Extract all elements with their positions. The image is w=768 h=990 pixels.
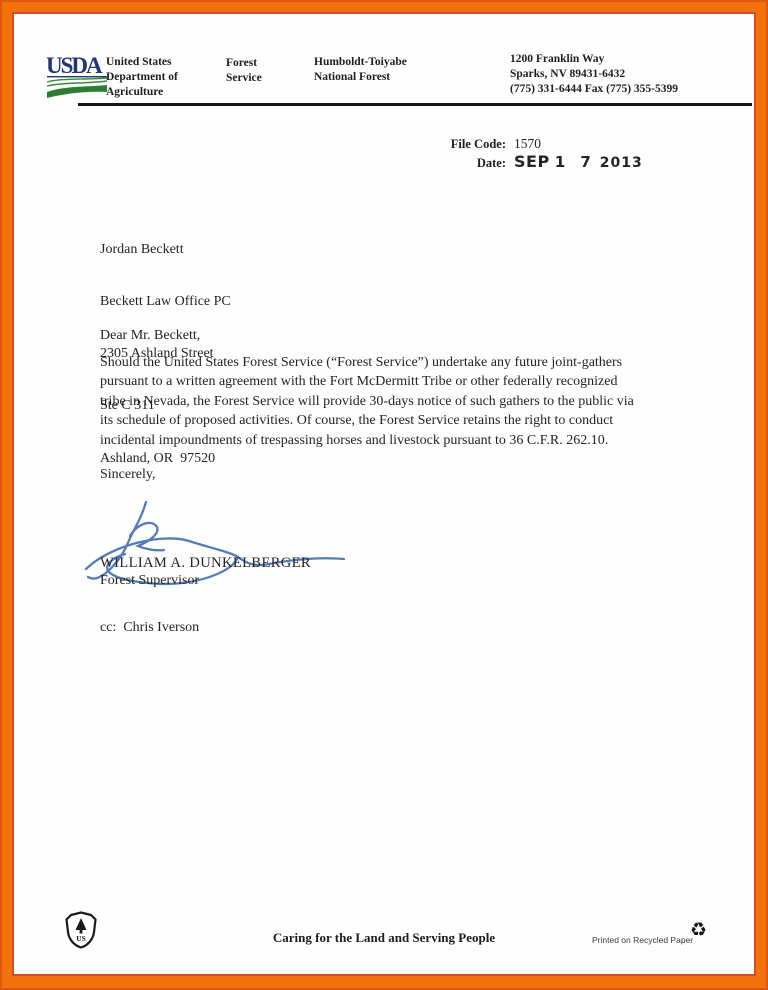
paragraph-line-1: Should the United States Forest Service …	[100, 353, 725, 372]
recipient-city: Ashland, OR 97520	[100, 450, 231, 467]
usda-logo-hill	[47, 85, 107, 98]
date-stamp-month: SEP	[514, 152, 550, 171]
scanned-letter-frame: USDA United States Department of Agricul…	[0, 0, 768, 990]
date-stamp-year: 2013	[600, 155, 643, 171]
date-stamp-day: 1 7	[555, 153, 596, 171]
service-line-1: Forest	[226, 56, 262, 71]
agency-line-3: Agriculture	[106, 85, 178, 100]
paragraph-line-4: its schedule of proposed activities. Of …	[100, 411, 725, 430]
forest-line-2: National Forest	[314, 70, 407, 85]
usda-logo-wave-2	[47, 81, 107, 86]
paragraph-line-3: tribe in Nevada, the Forest Service will…	[100, 392, 725, 411]
header-service: Forest Service	[226, 56, 262, 86]
forest-line-1: Humboldt-Toiyabe	[314, 55, 407, 70]
address-line-3: (775) 331-6444 Fax (775) 355-5399	[510, 82, 678, 97]
recycle-icon: ♻	[690, 919, 707, 941]
agency-line-1: United States	[106, 55, 178, 70]
address-line-2: Sparks, NV 89431-6432	[510, 67, 678, 82]
signer-title: Forest Supervisor	[100, 573, 199, 589]
letter-page: USDA United States Department of Agricul…	[12, 12, 756, 976]
date-row: Date:SEP1 72013	[424, 152, 643, 172]
salutation: Dear Mr. Beckett,	[100, 328, 200, 344]
file-code-label: File Code:	[424, 137, 506, 152]
service-line-2: Service	[226, 71, 262, 86]
signer-name: WILLIAM A. DUNKELBERGER	[100, 555, 311, 572]
usda-logo-text: USDA	[46, 53, 103, 78]
header-address: 1200 Franklin Way Sparks, NV 89431-6432 …	[510, 52, 678, 97]
usda-logo: USDA	[46, 52, 112, 100]
body-paragraph: Should the United States Forest Service …	[100, 353, 725, 450]
meta-block: File Code:1570 Date:SEP1 72013	[424, 135, 724, 195]
usda-logo-underline	[47, 76, 107, 77]
recycled-paper-note: Printed on Recycled Paper	[592, 935, 693, 945]
date-label: Date:	[424, 156, 506, 171]
recipient-org: Beckett Law Office PC	[100, 293, 231, 310]
cc-line: cc: Chris Iverson	[100, 620, 199, 636]
closing: Sincerely,	[100, 467, 155, 483]
agency-line-2: Department of	[106, 70, 178, 85]
date-stamp: SEP1 72013	[514, 152, 643, 171]
paragraph-line-2: pursuant to a written agreement with the…	[100, 372, 725, 391]
recipient-name: Jordan Beckett	[100, 241, 231, 258]
file-code-row: File Code:1570	[424, 135, 541, 153]
paragraph-line-5: incidental impoundments of trespassing h…	[100, 431, 725, 450]
header-agency: United States Department of Agriculture	[106, 55, 178, 100]
address-line-1: 1200 Franklin Way	[510, 52, 678, 67]
file-code-value: 1570	[514, 136, 541, 152]
header-forest-name: Humboldt-Toiyabe National Forest	[314, 55, 407, 85]
header-divider-rule	[78, 103, 752, 106]
